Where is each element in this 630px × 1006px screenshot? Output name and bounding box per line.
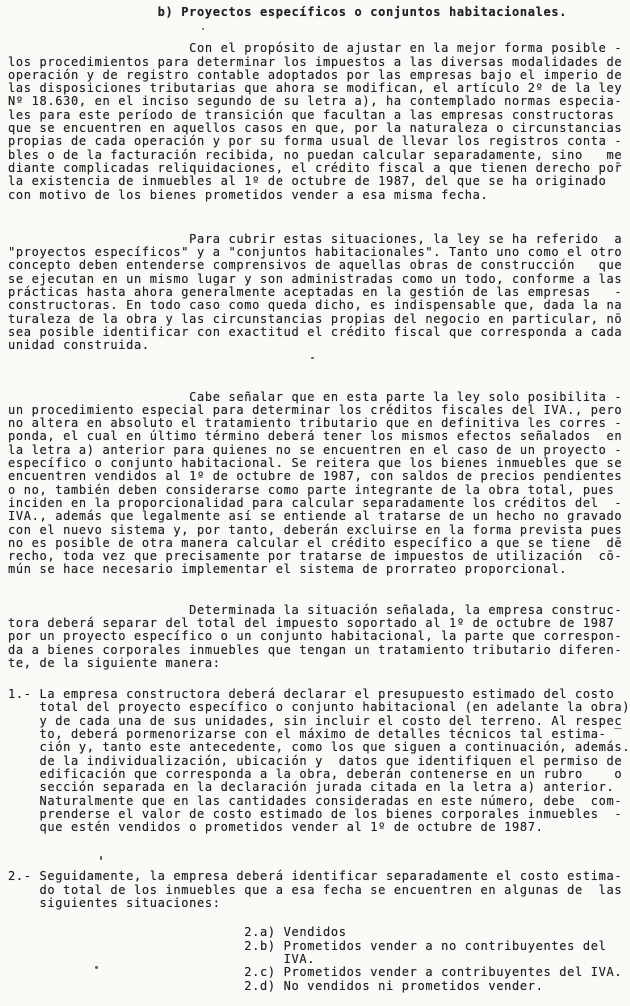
numbered-item-2: 2.- Seguidamente, la empresa deberá iden… <box>8 870 630 910</box>
paragraph-concept-definition: Para cubrir estas situaciones, la ley se… <box>8 233 630 353</box>
scan-speck <box>95 966 98 969</box>
numbered-item-1: 1.- La empresa constructora deberá decla… <box>8 688 630 834</box>
section-heading: b) Proyectos específicos o conjuntos hab… <box>8 6 630 19</box>
document-page: b) Proyectos específicos o conjuntos hab… <box>0 0 630 1006</box>
sub-item-list: 2.a) Vendidos 2.b) Prometidos vender a n… <box>8 926 630 992</box>
paragraph-separation-instruction: Determinada la situación señalada, la em… <box>8 604 630 670</box>
paragraph-intro-transition-rules: Con el propósito de ajustar en la mejor … <box>8 42 630 202</box>
scan-speck <box>311 357 314 359</box>
paragraph-special-procedure: Cabe señalar que en esta parte la ley so… <box>8 391 630 577</box>
scan-speck <box>100 856 102 860</box>
scan-speck <box>202 28 204 30</box>
